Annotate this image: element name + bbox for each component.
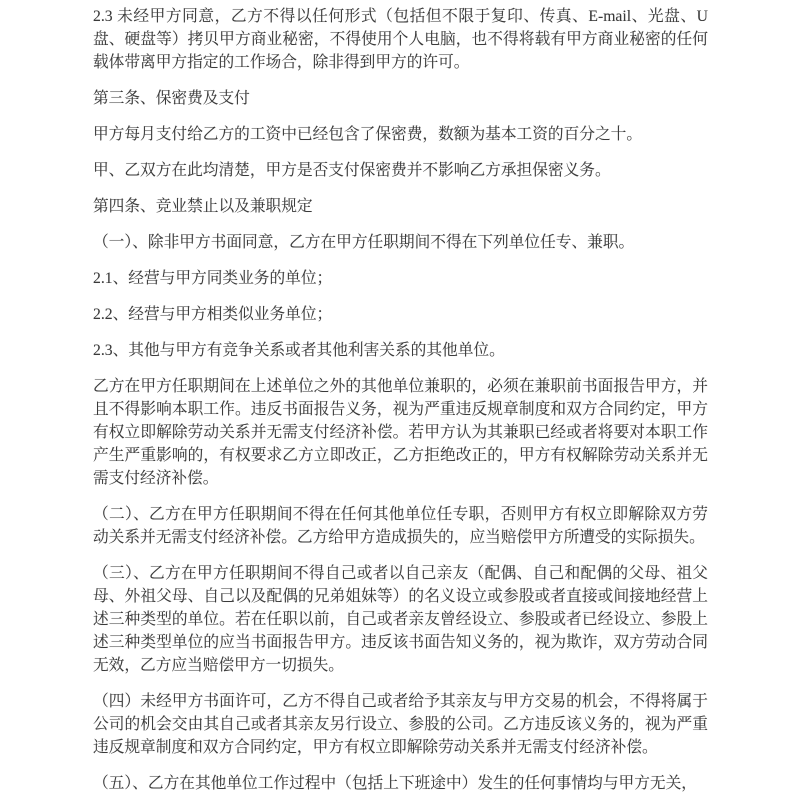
subitem-2-1-paragraph: 2.1、经营与甲方同类业务的单位； <box>93 267 708 290</box>
document-page: 2.3 未经甲方同意，乙方不得以任何形式（包括但不限于复印、传真、E-mail、… <box>0 0 800 800</box>
fee-acknowledgement-paragraph: 甲、乙双方在此均清楚，甲方是否支付保密费并不影响乙方承担保密义务。 <box>93 159 708 182</box>
item-1-paragraph: （一）、除非甲方书面同意，乙方在甲方任职期间不得在下列单位任专、兼职。 <box>93 231 708 254</box>
clause-2-3-paragraph: 2.3 未经甲方同意，乙方不得以任何形式（包括但不限于复印、传真、E-mail、… <box>93 5 708 74</box>
article-3-heading: 第三条、保密费及支付 <box>93 87 708 110</box>
article-4-heading: 第四条、竞业禁止以及兼职规定 <box>93 195 708 218</box>
subitem-2-3-paragraph: 2.3、其他与甲方有竞争关系或者其他利害关系的其他单位。 <box>93 339 708 362</box>
item-3-paragraph: （三）、乙方在甲方任职期间不得自己或者以自己亲友（配偶、自己和配偶的父母、祖父母… <box>93 562 708 677</box>
contract-text-block: 2.3 未经甲方同意，乙方不得以任何形式（包括但不限于复印、传真、E-mail、… <box>0 0 800 795</box>
item-4-paragraph: （四）未经甲方书面许可，乙方不得自己或者给予其亲友与甲方交易的机会，不得将属于公… <box>93 690 708 759</box>
item-2-paragraph: （二）、乙方在甲方任职期间不得在任何其他单位任专职，否则甲方有权立即解除双方劳动… <box>93 503 708 549</box>
moonlighting-report-paragraph: 乙方在甲方任职期间在上述单位之外的其他单位兼职的，必须在兼职前书面报告甲方，并且… <box>93 375 708 490</box>
item-5-paragraph: （五）、乙方在其他单位工作过程中（包括上下班途中）发生的任何事情均与甲方无关， <box>93 772 708 795</box>
subitem-2-2-paragraph: 2.2、经营与甲方相类似业务单位； <box>93 303 708 326</box>
confidentiality-fee-paragraph: 甲方每月支付给乙方的工资中已经包含了保密费，数额为基本工资的百分之十。 <box>93 123 708 146</box>
